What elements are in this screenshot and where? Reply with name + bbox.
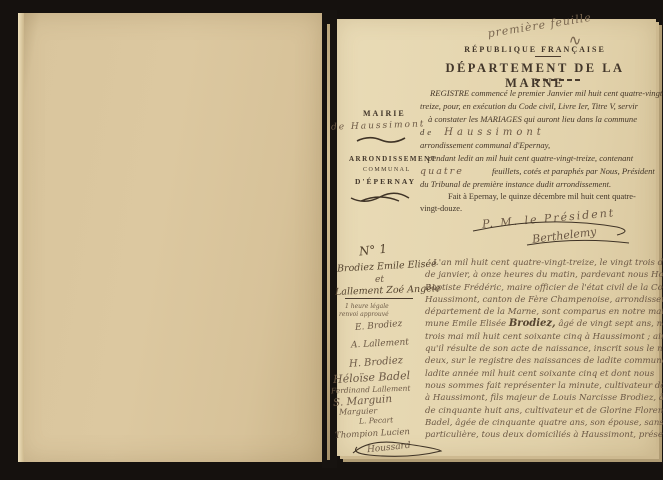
act-body-text: L'an mil huit cent quatre-vingt-treize, … [425, 257, 653, 441]
margin-note-2: renvoi approuvé [339, 311, 389, 318]
arrondissement-label: ARRONDISSEMENT [349, 155, 437, 163]
margin-separator-rule [345, 298, 413, 299]
fait-block: Fait à Epernay, le quinze décembre mil h… [420, 191, 650, 215]
act-line: Baptiste Frédéric, maire officier de l'é… [425, 282, 653, 294]
preamble-line: du Tribunal de première instance dudit a… [420, 178, 650, 191]
act-line: qu'il résulte de son acte de naissance, … [425, 343, 653, 355]
act-line: de janvier, à onze heures du matin, pard… [425, 269, 653, 281]
margin-flourish-bottom [349, 191, 411, 205]
preamble-line: REGISTRE commencé le premier Janvier mil… [420, 87, 650, 100]
act-line: deux, sur le registre des naissances de … [425, 355, 653, 367]
preamble-line-commune: de Haussimont [420, 126, 650, 139]
commune-handwritten-fill: Haussimont [444, 127, 545, 138]
registre-preamble: REGISTRE commencé le premier Janvier mil… [420, 87, 650, 191]
left-blank-page [18, 13, 322, 462]
preamble-feuillets-text: feuillets, cotés et paraphés par Nous, P… [492, 166, 655, 176]
epernay-label: D'ÉPERNAY [355, 177, 416, 186]
signature: Marguier [339, 406, 377, 416]
act-line: Badel, âgée de cinquante quatre ans, son… [425, 417, 653, 429]
preamble-line: treize, pour, en exécution du Code civil… [420, 100, 650, 113]
mairie-label: MAIRIE [363, 109, 406, 118]
act-groom-name: Brodiez Emile Elisée [337, 258, 437, 274]
preamble-line: à constater les MARIAGES qui auront lieu… [420, 113, 650, 126]
act-number: N° 1 [358, 242, 387, 259]
preamble-line-feuillets: quatre feuillets, cotés et paraphés par … [420, 165, 650, 178]
margin-column: MAIRIE de Haussimont ARRONDISSEMENT COMM… [337, 19, 421, 456]
margin-note-1: 1 heure légale [345, 303, 389, 310]
communal-label: COMMUNAL [363, 167, 411, 173]
signature: E. Brodiez [355, 319, 403, 333]
right-register-page: première feuille ∿ RÉPUBLIQUE FRANÇAISE … [337, 19, 656, 456]
act-line-with-name: mune Emile Elisée Brodiez, âgé de vingt … [425, 318, 653, 330]
act-line: département de la Marne, sont comparus e… [425, 306, 653, 318]
act-line-part: âgé de vingt sept ans, né le [558, 319, 663, 329]
republic-title: RÉPUBLIQUE FRANÇAISE [420, 45, 650, 54]
left-page-edge [18, 13, 24, 462]
preamble-line: arrondissement communal d'Epernay, [420, 139, 650, 152]
act-line-part: mune Emile Elisée [425, 319, 506, 329]
scanned-register-spread: première feuille ∿ RÉPUBLIQUE FRANÇAISE … [0, 0, 663, 480]
preamble-line: pendant ledit an mil huit cent quatre-vi… [420, 152, 650, 165]
republic-underline [535, 56, 561, 57]
act-line: Haussimont, canton de Fère Champenoise, … [425, 294, 653, 306]
signature: A. Lallement [351, 337, 409, 350]
act-line: L'an mil huit cent quatre-vingt-treize, … [425, 257, 653, 269]
margin-flourish-top [355, 135, 407, 145]
feuillets-count-handwritten: quatre [420, 166, 464, 177]
signature: L. Pecart [359, 415, 393, 425]
act-line: trois mai mil huit cent soixante cinq à … [425, 331, 653, 343]
department-ornament [535, 79, 581, 81]
mairie-commune-handwritten: de Haussimont [331, 119, 426, 132]
signature: H. Brodiez [349, 355, 404, 370]
act-line: particulière, tous deux domiciliés à Hau… [425, 429, 653, 441]
gutter-page-edges [327, 24, 330, 460]
act-et-label: et [375, 275, 384, 285]
act-line: ladite année mil huit cent soixante cinq… [425, 368, 653, 380]
groom-surname-emphasis: Brodiez, [509, 318, 556, 329]
president-signature-flourish [467, 219, 637, 249]
act-line: nous sommes fait représenter la minute, … [425, 380, 653, 392]
act-line: à Haussimont, fils majeur de Louis Narci… [425, 392, 653, 404]
fait-line: Fait à Epernay, le quinze décembre mil h… [420, 191, 650, 203]
act-line: de cinquante huit ans, cultivateur et de… [425, 405, 653, 417]
